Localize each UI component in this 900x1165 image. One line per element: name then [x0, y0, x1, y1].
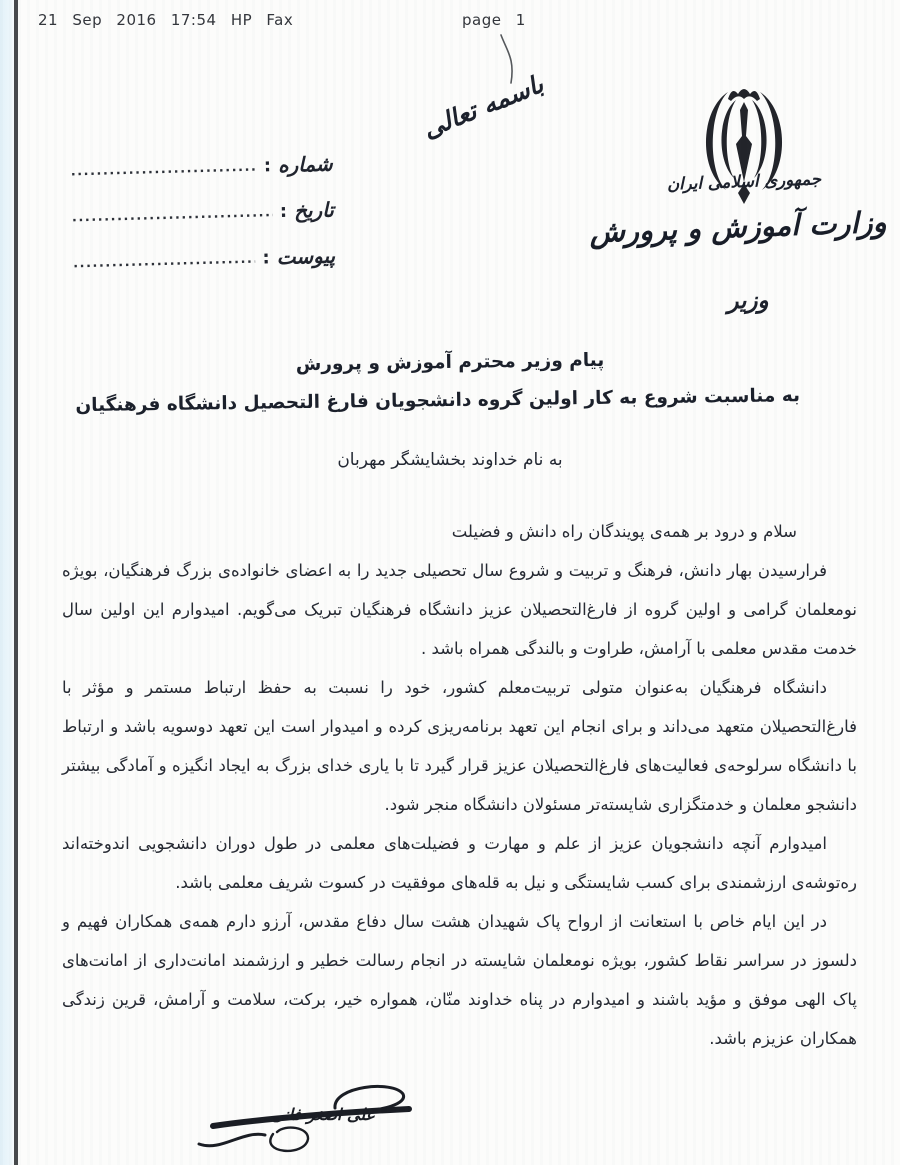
fax-scan-page: 21 Sep 2016 17:54 HP Fax page 1 باسمه تع…: [0, 0, 900, 1165]
fax-timestamp: 21 Sep 2016 17:54 HP Fax: [38, 11, 293, 29]
field-row-date: تاریخ : ................................…: [71, 193, 334, 229]
field-colon: :: [264, 157, 272, 177]
subject-line-2: به مناسبت شروع به کار اولین گروه دانشجوی…: [100, 385, 800, 416]
field-colon: :: [262, 249, 270, 269]
body-paragraph-4: امیدوارم آنچه دانشجویان عزیز از علم و مه…: [62, 824, 857, 902]
field-blank-date: ........................................…: [72, 205, 273, 228]
letterhead-office-title: وزیر: [628, 286, 868, 316]
field-row-attachment: پیوست : ................................…: [73, 239, 336, 275]
field-blank-attachment: ........................................…: [73, 252, 256, 275]
subject-line-1: پیام وزیر محترم آموزش و پرورش: [100, 347, 800, 378]
letter-body: سلام و درود بر همه‌ی پویندگان راه دانش و…: [62, 512, 857, 1058]
salutation-line: به نام خداوند بخشایشگر مهربان: [250, 450, 650, 470]
signature-name: علی اصغر فانی: [271, 1105, 376, 1125]
scan-edge-strip: [0, 0, 14, 1165]
bismillah-calligraphy: باسمه تعالی: [399, 61, 567, 152]
letterhead-ministry: وزارت آموزش و پرورش: [587, 205, 888, 249]
field-label-number: شماره: [278, 152, 333, 177]
reference-fields: شماره : ................................…: [70, 147, 336, 292]
field-blank-number: ........................................…: [71, 160, 258, 183]
body-paragraph-1: سلام و درود بر همه‌ی پویندگان راه دانش و…: [62, 512, 857, 551]
body-paragraph-2: فرارسیدن بهار دانش، فرهنگ و تربیت و شروع…: [62, 551, 857, 668]
scan-edge-line: [14, 0, 18, 1165]
field-colon: :: [280, 203, 288, 223]
field-row-number: شماره : ................................…: [70, 147, 333, 183]
field-label-date: تاریخ: [294, 198, 334, 223]
fax-page-number: page 1: [462, 11, 526, 29]
body-paragraph-5: در این ایام خاص با استعانت از ارواح پاک …: [62, 902, 857, 1058]
field-label-attachment: پیوست: [276, 244, 335, 270]
body-paragraph-3: دانشگاه فرهنگیان به‌عنوان متولی تربیت‌مع…: [62, 668, 857, 824]
minister-signature: علی اصغر فانی: [185, 1070, 440, 1160]
